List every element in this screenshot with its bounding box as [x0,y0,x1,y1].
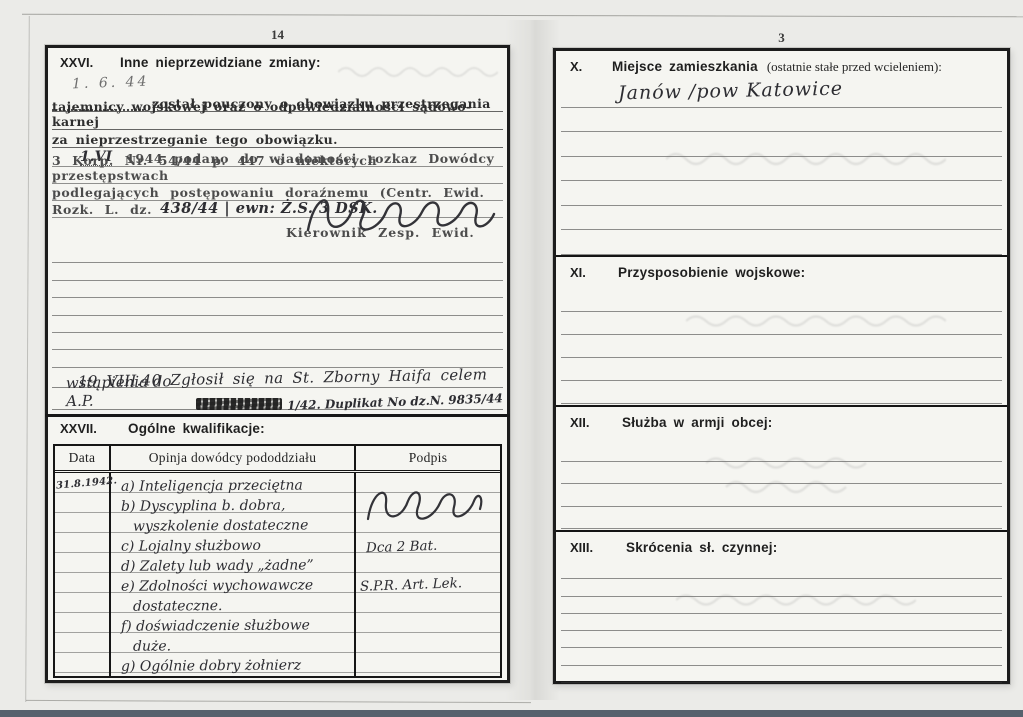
ruled-line [561,206,1002,231]
left-page: XXVI. Inne nieprzewidziane zmiany: 1. 6.… [45,45,510,683]
qualifications-table: Data Opinja dowódcy pododdziału Podpis 3… [53,444,502,678]
scanner-background-strip [0,710,1023,717]
column-header-opinion: Opinja dowódcy pododdziału [111,446,354,470]
ruled-line [561,614,1002,631]
scan-edge-line [25,16,30,702]
order-line: 3 Korp. Nr. 54/44 p. 447 o niektórych pr… [52,167,503,184]
left-page-number: 14 [45,27,510,43]
opinion-line: duże. [111,635,354,657]
signature-line: S.P.R. Art. Lek. [360,575,463,595]
ruled-line [561,666,1002,683]
ruled-line [561,631,1002,648]
residence-entry-handwritten: Janów /pow Katowice [618,78,843,105]
section-xii-header: XII. Służba w armji obcej: [570,414,1007,432]
page-bottom-edge [26,700,531,703]
section-xi-header: XI. Przysposobienie wojskowe: [570,264,1007,282]
bleedthrough-artifact [676,588,916,610]
right-page: X. Miejsce zamieszkania (ostatnie stałe … [553,48,1010,684]
section-x-title: Miejsce zamieszkania [612,59,758,74]
ruled-line [561,507,1002,530]
commander-signature-scrawl [362,479,488,535]
opinion-date: 31.8.1942. [56,475,118,491]
blank-rules [52,246,503,368]
ruled-line [561,358,1002,381]
bleedthrough-artifact [338,60,498,80]
section-x-subtitle: (ostatnie stałe przed wcieleniem): [767,59,942,75]
table-header-row: Data Opinja dowódcy pododdziału Podpis [55,446,500,473]
ruled-line [52,281,503,298]
ruled-line [561,381,1002,404]
opinion-line: wyszkolenie dostateczne [111,515,354,537]
section-xiii-rules [561,562,1002,683]
section-xi-rules [561,289,1002,404]
bleedthrough-artifact [686,309,946,331]
page-fold-line [22,14,1023,18]
ruled-line [52,298,503,315]
opinion-line: dostateczne. [111,595,354,617]
section-x-label: X. [570,59,608,74]
section-xii-title: Służba w armji obcej: [622,415,772,430]
ruled-line [561,648,1002,665]
opinion-line: g) Ogólnie dobry żołnierz [111,655,354,677]
opinion-line: d) Zalety lub wady „żadne” [111,555,354,577]
ruled-line [561,335,1002,358]
opinion-line: a) Inteligencja przeciętna [111,475,354,497]
ruled-line [52,316,503,333]
section-divider [45,414,510,417]
ruled-line [561,230,1002,255]
section-xi-title: Przysposobienie wojskowe: [618,265,805,280]
table-body: 31.8.1942. a) Inteligencja przeciętna b)… [55,473,500,676]
section-xi: XI. Przysposobienie wojskowe: [556,255,1007,405]
bleedthrough-artifact [706,451,926,501]
section-xiii: XIII. Skrócenia sł. czynnej: [556,530,1007,681]
section-xxvi-label: XXVI. [60,55,116,70]
page-gutter-shadow [505,20,560,700]
signature-line: Dca 2 Bat. [366,538,438,556]
ruled-line [561,108,1002,133]
ruled-line [561,181,1002,206]
section-xi-label: XI. [570,265,614,280]
date-cell: 31.8.1942. [55,473,111,676]
column-header-podpis: Podpis [354,446,500,470]
opinion-line: f) doświadczenie służbowe [111,615,354,637]
opinion-line: e) Zdolności wychowawcze [111,575,354,597]
ruled-line [52,333,503,350]
stamped-line: za nieprzestrzeganie tego obowiązku. [52,130,503,148]
section-x: X. Miejsce zamieszkania (ostatnie stałe … [556,51,1007,255]
section-xiii-title: Skrócenia sł. czynnej: [626,540,777,555]
section-xxvii-label: XXVII. [60,421,124,436]
handwritten-note-line: wstąpienia do A.P. 1/42. Duplikat No dz.… [52,388,503,410]
opinion-line: b) Dyscyplina b. dobra, [111,495,354,517]
column-header-data: Data [55,446,111,470]
handwritten-date-faint: 1. 6. 44 [72,74,150,93]
opinion-cell: a) Inteligencja przeciętna b) Dyscyplina… [111,473,354,676]
signature-cell: Dca 2 Bat. S.P.R. Art. Lek. [354,473,500,676]
section-xiii-label: XIII. [570,540,622,555]
section-xii-label: XII. [570,415,618,430]
ruled-line [52,263,503,280]
ruled-line [52,350,503,367]
opinion-line: c) Lojalny służbowo [111,535,354,557]
section-xxvii-title: Ogólne kwalifikacje: [128,421,265,436]
scanned-military-booklet: { "doc_type": "wojskowa ksiazeczka sluzb… [0,0,1023,717]
section-xiii-header: XIII. Skrócenia sł. czynnej: [570,539,1007,557]
ruled-line [561,562,1002,579]
section-xxvi-title: Inne nieprzewidziane zmiany: [120,55,321,70]
bleedthrough-artifact [666,147,946,169]
section-xii: XII. Służba w armji obcej: [556,405,1007,530]
right-page-number: 3 [553,30,1010,46]
signature-scrawl [300,186,500,250]
section-x-header: X. Miejsce zamieszkania (ostatnie stałe … [570,58,1007,76]
crossed-out-scribble [196,398,282,410]
section-xxvii-header: XXVII. Ogólne kwalifikacje: [60,420,507,438]
stamped-line: tajemnicy wojskowej oraz o odpowiedzialn… [52,112,503,130]
